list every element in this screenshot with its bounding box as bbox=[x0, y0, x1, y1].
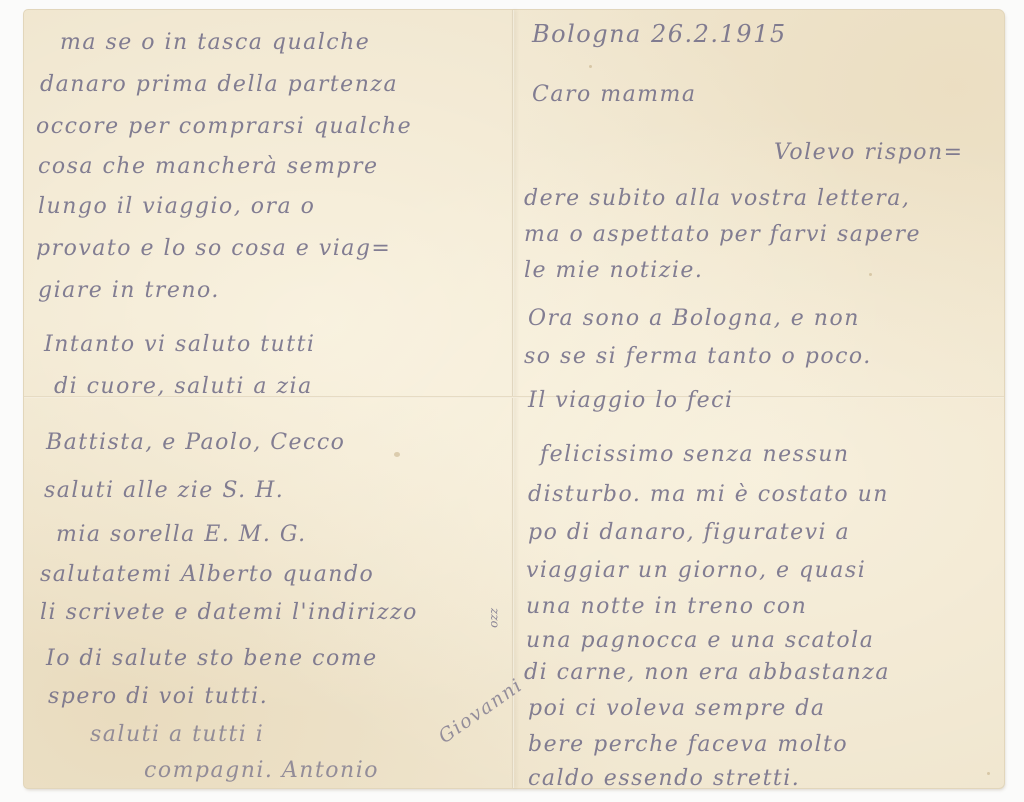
text-line: provato e lo so cosa e viag= bbox=[36, 236, 391, 261]
text-line: li scrivete e datemi l'indirizzo bbox=[40, 600, 418, 625]
text-line: Io di salute sto bene come bbox=[46, 646, 378, 671]
letter-sheet: ma se o in tasca qualche danaro prima de… bbox=[24, 10, 1004, 788]
text-line: saluti alle zie S. H. bbox=[44, 478, 284, 503]
text-line: le mie notizie. bbox=[524, 258, 703, 283]
text-line: danaro prima della partenza bbox=[40, 72, 398, 97]
text-line: po di danaro, figuratevi a bbox=[528, 520, 850, 545]
text-line: di carne, non era abbastanza bbox=[524, 660, 890, 685]
text-line: poi ci voleva sempre da bbox=[528, 696, 825, 721]
text-line: Ora sono a Bologna, e non bbox=[528, 306, 860, 331]
text-line: Battista, e Paolo, Cecco bbox=[46, 430, 345, 455]
right-page: Bologna 26.2.1915 Caro mamma Volevo risp… bbox=[514, 10, 1004, 788]
text-line: caldo essendo stretti. bbox=[528, 766, 800, 791]
left-page: ma se o in tasca qualche danaro prima de… bbox=[24, 10, 512, 788]
text-line: una pagnocca e una scatola bbox=[526, 628, 874, 653]
signature-line: compagni. Antonio bbox=[144, 758, 379, 783]
text-line: felicissimo senza nessun bbox=[540, 442, 850, 467]
text-line: ma se o in tasca qualche bbox=[60, 30, 370, 55]
text-line: ma o aspettato per farvi sapere bbox=[524, 222, 921, 247]
text-line: una notte in treno con bbox=[526, 594, 807, 619]
text-line: saluti a tutti i bbox=[90, 722, 264, 747]
margin-side-note: zzo bbox=[488, 608, 502, 628]
text-line: Volevo rispon= bbox=[774, 140, 964, 165]
text-line: di cuore, saluti a zia bbox=[54, 374, 313, 399]
text-line: lungo il viaggio, ora o bbox=[38, 194, 315, 219]
text-line: Intanto vi saluto tutti bbox=[44, 332, 315, 357]
text-line: Il viaggio lo feci bbox=[528, 388, 734, 413]
letter-date-heading: Bologna 26.2.1915 bbox=[532, 20, 787, 48]
text-line: mia sorella E. M. G. bbox=[56, 522, 307, 547]
text-line: dere subito alla vostra lettera, bbox=[524, 186, 910, 211]
text-line: viaggiar un giorno, e quasi bbox=[526, 558, 866, 583]
text-line: spero di voi tutti. bbox=[48, 684, 268, 709]
text-line: salutatemi Alberto quando bbox=[40, 562, 374, 587]
text-line: occore per comprarsi qualche bbox=[36, 114, 412, 139]
text-line: cosa che mancherà sempre bbox=[38, 154, 379, 179]
text-line: disturbo. ma mi è costato un bbox=[528, 482, 889, 507]
text-line: bere perche faceva molto bbox=[528, 732, 848, 757]
text-line: giare in treno. bbox=[38, 278, 220, 303]
text-line: so se si ferma tanto o poco. bbox=[524, 344, 872, 369]
letter-salutation: Caro mamma bbox=[532, 82, 697, 107]
